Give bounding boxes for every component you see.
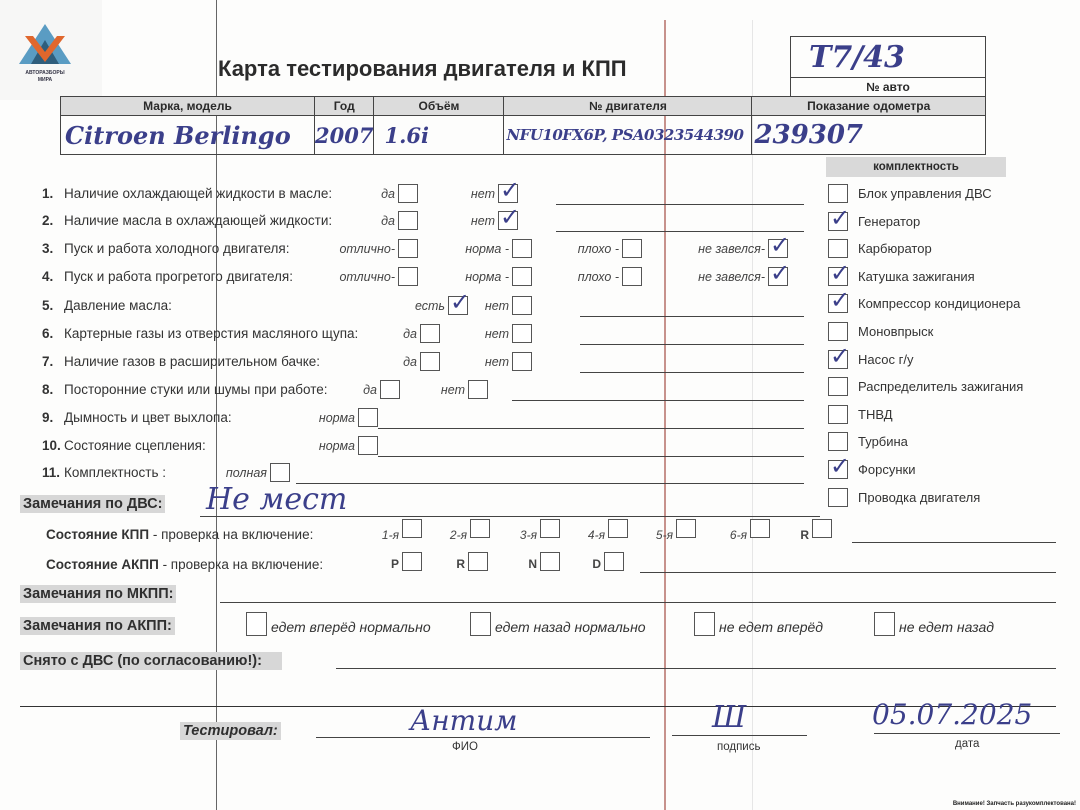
- check-label: Посторонние стуки или шумы при работе:: [64, 382, 328, 397]
- check-number: 9.: [42, 410, 64, 425]
- check-row-9: 9.Дымность и цвет выхлопа:: [42, 410, 232, 425]
- kit-item-label: Генератор: [858, 214, 920, 229]
- check-label: Состояние сцепления:: [64, 438, 206, 453]
- kit-item-label: Моновпрыск: [858, 324, 933, 339]
- checkbox[interactable]: [468, 380, 488, 399]
- akpp-line: [640, 572, 1056, 573]
- check-row-2: 2.Наличие масла в охлаждающей жидкости:: [42, 213, 332, 228]
- check-row-3: 3.Пуск и работа холодного двигателя:: [42, 241, 290, 256]
- notes-line[interactable]: [556, 204, 804, 205]
- gear-checkbox[interactable]: [468, 552, 488, 571]
- akpp-remark-label: едет вперёд нормально: [271, 619, 431, 635]
- logo-text-2: МИРА: [0, 77, 90, 83]
- kit-checkbox[interactable]: [828, 432, 848, 451]
- check-label: Пуск и работа холодного двигателя:: [64, 241, 290, 256]
- gear-label: R: [800, 528, 809, 542]
- kit-item-label: Турбина: [858, 434, 908, 449]
- remarks-engine-label: Замечания по ДВС:: [20, 495, 165, 513]
- footer-warning: Внимание! Запчасть разукомплектована!: [953, 801, 1076, 807]
- check-label: Пуск и работа прогретого двигателя:: [64, 269, 293, 284]
- gear-checkbox[interactable]: [540, 552, 560, 571]
- notes-line[interactable]: [512, 400, 804, 401]
- gear-checkbox[interactable]: [604, 552, 624, 571]
- tested-by-label: Тестировал:: [180, 722, 281, 740]
- gear-checkbox[interactable]: [750, 519, 770, 538]
- year-value: 2007: [315, 116, 374, 155]
- kit-item-label: Насос г/у: [858, 352, 913, 367]
- check-number: 6.: [42, 326, 64, 341]
- checkbox[interactable]: [380, 380, 400, 399]
- checkbox[interactable]: [398, 184, 418, 203]
- checkbox[interactable]: [358, 408, 378, 427]
- check-number: 3.: [42, 241, 64, 256]
- col-header-engine-no: № двигателя: [504, 97, 752, 116]
- kit-checkbox[interactable]: [828, 212, 848, 231]
- check-row-4: 4.Пуск и работа прогретого двигателя:: [42, 269, 293, 284]
- checkbox[interactable]: [512, 324, 532, 343]
- page-title: Карта тестирования двигателя и КПП: [218, 56, 627, 82]
- kit-item-label: Проводка двигателя: [858, 490, 980, 505]
- kit-item-label: Форсунки: [858, 462, 915, 477]
- kit-item-label: Катушка зажигания: [858, 269, 975, 284]
- checkbox[interactable]: [358, 436, 378, 455]
- remarks-engine-value[interactable]: Не мест: [206, 482, 347, 517]
- checkbox[interactable]: [398, 239, 418, 258]
- option-label: нет: [471, 187, 495, 201]
- tester-name[interactable]: Антим: [410, 704, 517, 737]
- gear-label: 4-я: [588, 528, 605, 542]
- col-header-year: Год: [315, 97, 374, 116]
- check-row-1: 1.Наличие охлаждающей жидкости в масле:: [42, 186, 332, 201]
- kit-checkbox[interactable]: [828, 294, 848, 313]
- test-date[interactable]: 05.07.2025: [872, 698, 1032, 731]
- gear-checkbox[interactable]: [812, 519, 832, 538]
- removed-label: Снято с ДВС (по согласованию!):: [20, 652, 282, 670]
- kpp-line: [852, 542, 1056, 543]
- tester-signature[interactable]: Ш: [712, 700, 746, 735]
- car-number-label: № авто: [791, 78, 986, 97]
- option-label: да: [381, 187, 395, 201]
- checkbox[interactable]: [270, 463, 290, 482]
- check-label: Картерные газы из отверстия масляного щу…: [64, 326, 358, 341]
- option-label: да: [381, 214, 395, 228]
- kit-title: комплектность: [826, 157, 1006, 177]
- col-header-odometer: Показание одометра: [752, 97, 986, 116]
- remarks-mkpp-label: Замечания по МКПП:: [20, 585, 176, 603]
- checkbox[interactable]: [420, 324, 440, 343]
- check-row-6: 6.Картерные газы из отверстия масляного …: [42, 326, 358, 341]
- signature-caption: подпись: [717, 741, 760, 753]
- car-number-box: T7/43 № авто: [790, 36, 986, 97]
- kit-checkbox[interactable]: [828, 184, 848, 203]
- model-value: Citroen Berlingo: [61, 116, 315, 155]
- gear-label: D: [592, 557, 601, 571]
- company-logo: АВТОРАЗБОРЫ МИРА: [0, 0, 102, 100]
- option-label: нет: [485, 355, 509, 369]
- odometer-value: 239307: [752, 116, 986, 155]
- gear-label: 2-я: [450, 528, 467, 542]
- check-row-10: 10.Состояние сцепления:: [42, 438, 206, 453]
- remarks-mkpp-line[interactable]: [220, 602, 1056, 603]
- checkbox[interactable]: [512, 352, 532, 371]
- kit-checkbox[interactable]: [828, 488, 848, 507]
- checkbox[interactable]: [448, 296, 468, 315]
- engine-no-value: NFU10FX6P, PSA0323544390: [504, 116, 752, 155]
- kit-checkbox[interactable]: [828, 322, 848, 341]
- notes-line[interactable]: [580, 316, 804, 317]
- gear-label: 5-я: [656, 528, 673, 542]
- kit-checkbox[interactable]: [828, 460, 848, 479]
- check-number: 4.: [42, 269, 64, 284]
- kit-checkbox[interactable]: [828, 377, 848, 396]
- kit-item-label: Компрессор кондиционера: [858, 296, 1020, 311]
- checkbox[interactable]: [398, 267, 418, 286]
- option-label: норма: [319, 411, 355, 425]
- gear-checkbox[interactable]: [470, 519, 490, 538]
- logo-icon: [15, 22, 75, 70]
- name-caption: ФИО: [452, 741, 478, 753]
- check-label: Наличие масла в охлаждающей жидкости:: [64, 213, 332, 228]
- notes-line[interactable]: [378, 428, 804, 429]
- option-label: норма -: [465, 242, 509, 256]
- date-line: [874, 733, 1060, 734]
- check-label: Давление масла:: [64, 298, 172, 313]
- kit-item-label: Распределитель зажигания: [858, 379, 1023, 394]
- akpp-remark-checkbox[interactable]: [694, 612, 715, 636]
- checkbox[interactable]: [498, 184, 518, 203]
- checkbox[interactable]: [622, 267, 642, 286]
- gear-label: R: [456, 557, 465, 571]
- akpp-remark-label: не едет вперёд: [719, 619, 823, 635]
- check-number: 1.: [42, 186, 64, 201]
- option-label: есть: [415, 299, 445, 313]
- gear-checkbox[interactable]: [540, 519, 560, 538]
- gear-checkbox[interactable]: [608, 519, 628, 538]
- car-number-value: T7/43: [791, 37, 986, 78]
- option-label: да: [403, 327, 417, 341]
- remarks-akpp-label: Замечания по АКПП:: [20, 617, 175, 635]
- option-label: не завелся-: [698, 270, 765, 284]
- date-caption: дата: [955, 738, 979, 750]
- kit-checkbox[interactable]: [828, 267, 848, 286]
- notes-line[interactable]: [378, 456, 804, 457]
- logo-text-1: АВТОРАЗБОРЫ: [0, 70, 90, 76]
- akpp-remark-label: едет назад нормально: [495, 619, 646, 635]
- kit-item-label: Блок управления ДВС: [858, 186, 992, 201]
- col-header-volume: Объём: [374, 97, 504, 116]
- check-row-7: 7.Наличие газов в расширительном бачке:: [42, 354, 320, 369]
- option-label: да: [403, 355, 417, 369]
- check-row-5: 5.Давление масла:: [42, 298, 172, 313]
- check-label: Наличие охлаждающей жидкости в масле:: [64, 186, 332, 201]
- kit-item-label: Карбюратор: [858, 241, 932, 256]
- vehicle-info-table: Марка, модель Год Объём № двигателя Пока…: [60, 96, 986, 155]
- gear-checkbox[interactable]: [676, 519, 696, 538]
- kit-checkbox[interactable]: [828, 405, 848, 424]
- gear-label: P: [391, 557, 399, 571]
- remarks-engine-line: [200, 516, 820, 517]
- check-row-8: 8.Посторонние стуки или шумы при работе:: [42, 382, 328, 397]
- checkbox[interactable]: [622, 239, 642, 258]
- option-label: отлично-: [339, 242, 395, 256]
- option-label: нет: [441, 383, 465, 397]
- akpp-remark-checkbox[interactable]: [470, 612, 491, 636]
- volume-value: 1.6i: [374, 116, 504, 155]
- checkbox[interactable]: [768, 267, 788, 286]
- checkbox[interactable]: [512, 267, 532, 286]
- check-number: 8.: [42, 382, 64, 397]
- check-number: 5.: [42, 298, 64, 313]
- notes-line[interactable]: [580, 372, 804, 373]
- option-label: норма: [319, 439, 355, 453]
- option-label: не завелся-: [698, 242, 765, 256]
- akpp-label: Состояние АКПП - проверка на включение:: [46, 557, 323, 572]
- check-label: Комплектность :: [64, 465, 166, 480]
- kit-checkbox[interactable]: [828, 350, 848, 369]
- option-label: нет: [485, 327, 509, 341]
- option-label: отлично-: [339, 270, 395, 284]
- check-number: 11.: [42, 465, 64, 480]
- checkbox[interactable]: [512, 239, 532, 258]
- notes-line[interactable]: [296, 483, 804, 484]
- check-number: 7.: [42, 354, 64, 369]
- gear-label: 3-я: [520, 528, 537, 542]
- check-label: Дымность и цвет выхлопа:: [64, 410, 232, 425]
- akpp-remark-checkbox[interactable]: [246, 612, 267, 636]
- notes-line[interactable]: [580, 344, 804, 345]
- kit-checkbox[interactable]: [828, 239, 848, 258]
- option-label: плохо -: [578, 270, 619, 284]
- check-label: Наличие газов в расширительном бачке:: [64, 354, 320, 369]
- checkbox[interactable]: [398, 211, 418, 230]
- notes-line[interactable]: [556, 231, 804, 232]
- checkbox[interactable]: [512, 296, 532, 315]
- option-label: плохо -: [578, 242, 619, 256]
- kpp-label: Состояние КПП - проверка на включение:: [46, 527, 313, 542]
- signature-line: [672, 735, 807, 736]
- option-label: норма -: [465, 270, 509, 284]
- check-row-11: 11.Комплектность :: [42, 465, 166, 480]
- gear-checkbox[interactable]: [402, 519, 422, 538]
- akpp-remark-checkbox[interactable]: [874, 612, 895, 636]
- col-header-model: Марка, модель: [61, 97, 315, 116]
- kit-item-label: ТНВД: [858, 407, 893, 422]
- name-line: [316, 737, 650, 738]
- gear-label: 1-я: [382, 528, 399, 542]
- check-number: 2.: [42, 213, 64, 228]
- option-label: полная: [226, 466, 267, 480]
- removed-line[interactable]: [336, 668, 1056, 669]
- checkbox[interactable]: [768, 239, 788, 258]
- checkbox[interactable]: [420, 352, 440, 371]
- check-number: 10.: [42, 438, 64, 453]
- akpp-remark-label: не едет назад: [899, 619, 994, 635]
- checkbox[interactable]: [498, 211, 518, 230]
- option-label: нет: [471, 214, 495, 228]
- option-label: да: [363, 383, 377, 397]
- option-label: нет: [485, 299, 509, 313]
- gear-label: N: [528, 557, 537, 571]
- gear-label: 6-я: [730, 528, 747, 542]
- gear-checkbox[interactable]: [402, 552, 422, 571]
